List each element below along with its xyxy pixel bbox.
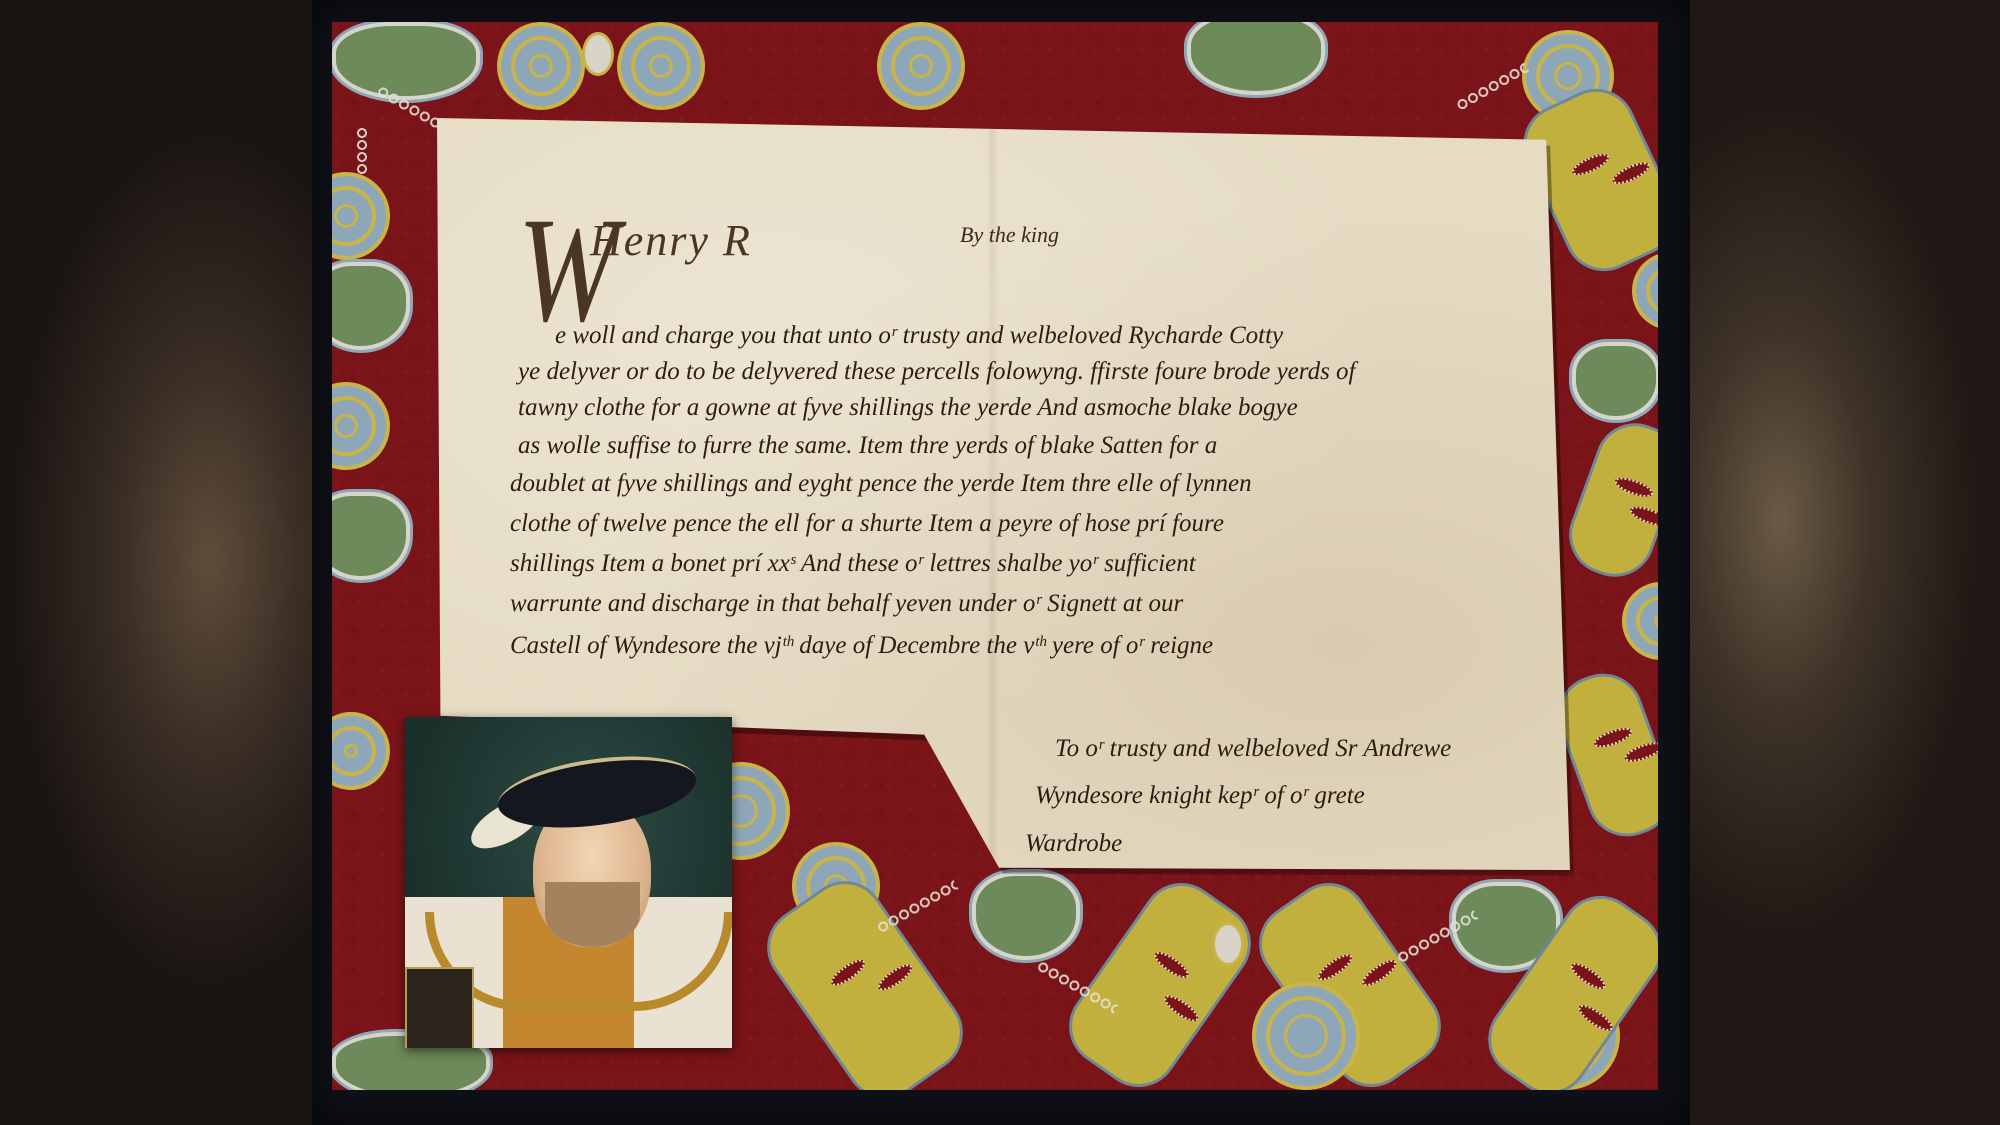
green-leaf-motif (332, 262, 410, 350)
blue-swirl-motif (332, 172, 390, 260)
wavy-cord-motif (876, 880, 959, 934)
letter-line: as wolle suffise to furre the same. Item… (518, 432, 1217, 460)
blue-swirl-motif (497, 22, 585, 110)
letter-line: warrunte and discharge in that behalf ye… (510, 590, 1183, 618)
bead-motif (582, 32, 614, 76)
address-line: To oʳ trusty and welbeloved Sr Andrewe (1055, 735, 1451, 763)
yellow-band-motif (1053, 867, 1266, 1090)
background-left (0, 0, 312, 1125)
yellow-band-motif (751, 865, 978, 1090)
background-right (1690, 0, 2000, 1125)
green-leaf-motif (972, 872, 1080, 960)
letter-line: tawny clothe for a gowne at fyve shillin… (518, 394, 1298, 422)
blue-swirl-motif (877, 22, 965, 110)
letter-line: clothe of twelve pence the ell for a shu… (510, 510, 1224, 538)
blue-swirl-motif (1622, 582, 1658, 660)
embroidered-sleeve (405, 967, 474, 1048)
letter-line: shillings Item a bonet prí xxˢ And these… (510, 550, 1196, 578)
green-leaf-motif (332, 22, 480, 100)
superscription: By the king (960, 222, 1059, 248)
blue-swirl-motif (332, 382, 390, 470)
blue-swirl-motif (1632, 252, 1658, 330)
royal-sign-manual: Henry R (590, 215, 752, 266)
blue-swirl-motif (332, 712, 390, 790)
letter-line: e woll and charge you that unto oʳ trust… (555, 322, 1283, 350)
green-leaf-motif (1187, 22, 1325, 95)
wavy-cord-motif (1455, 63, 1529, 112)
blue-swirl-motif (617, 22, 705, 110)
yellow-band-motif (1558, 412, 1658, 588)
letter-line: doublet at fyve shillings and eyght penc… (510, 470, 1252, 498)
green-leaf-motif (332, 492, 410, 580)
letter-line: Castell of Wyndesore the vjᵗʰ daye of De… (510, 632, 1213, 660)
blue-swirl-motif (1252, 982, 1360, 1090)
beard (545, 882, 640, 947)
henry-viii-portrait (405, 717, 732, 1048)
address-line: Wyndesore knight kepʳ of oʳ grete (1035, 782, 1365, 810)
green-leaf-motif (1572, 342, 1658, 420)
address-line: Wardrobe (1025, 830, 1122, 858)
bead-motif (1212, 922, 1244, 966)
letter-line: ye delyver or do to be delyvered these p… (518, 358, 1356, 386)
